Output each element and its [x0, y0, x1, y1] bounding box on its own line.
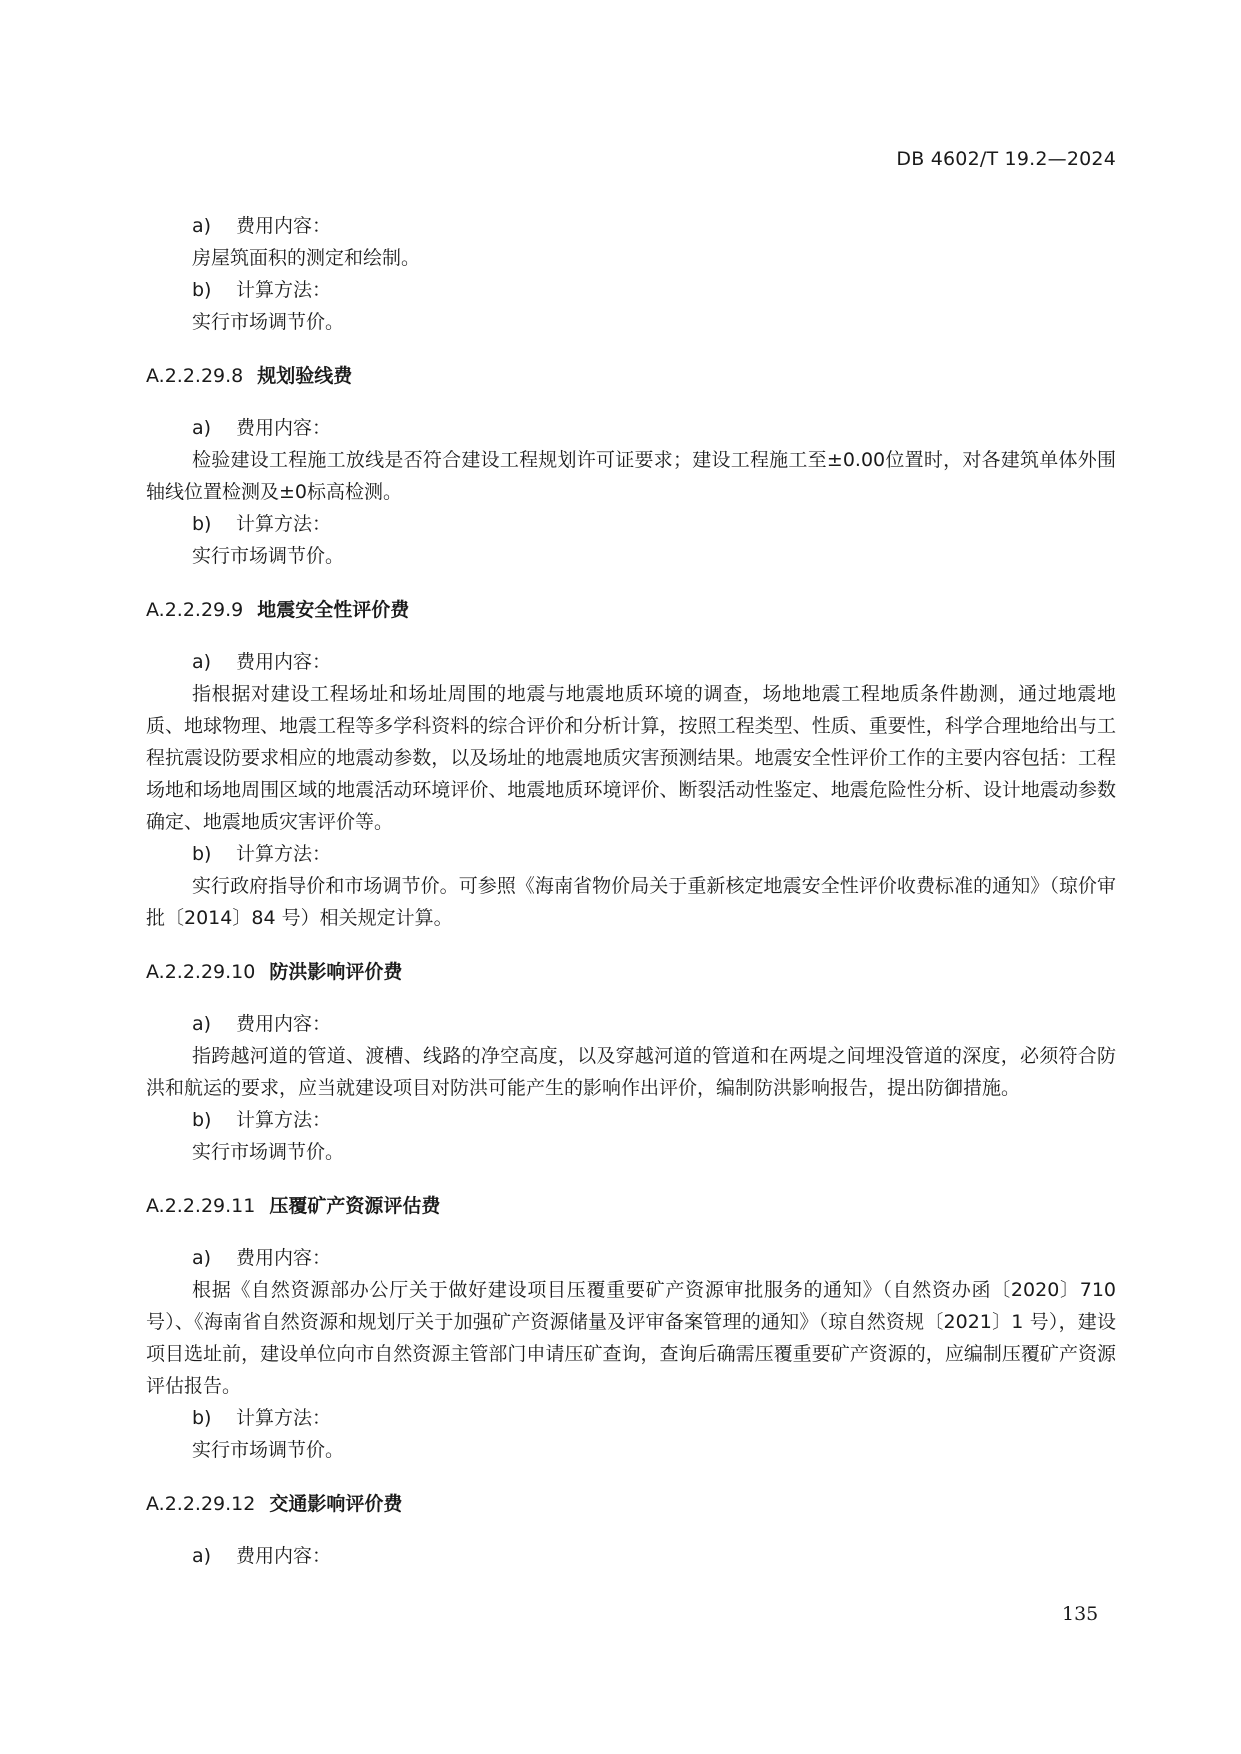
item-label: b)	[192, 1402, 236, 1434]
section-heading: A.2.2.29.11压覆矿产资源评估费	[146, 1190, 1116, 1222]
section-heading: A.2.2.29.10防洪影响评价费	[146, 956, 1116, 988]
item-label: b)	[192, 274, 236, 306]
section-title: 防洪影响评价费	[269, 961, 402, 983]
item-b-text: 实行市场调节价。	[146, 306, 1116, 338]
item-label: a)	[192, 1242, 236, 1274]
item-label: a)	[192, 1540, 236, 1572]
section-heading: A.2.2.29.8规划验线费	[146, 360, 1116, 392]
item-a-heading: a)费用内容：	[146, 412, 1116, 444]
item-title: 计算方法：	[236, 843, 331, 865]
item-a-heading: a)费用内容：	[146, 1540, 1116, 1572]
item-title: 计算方法：	[236, 1407, 331, 1429]
item-label: b)	[192, 508, 236, 540]
section-heading: A.2.2.29.9地震安全性评价费	[146, 594, 1116, 626]
item-a-heading: a)费用内容：	[146, 1008, 1116, 1040]
page-number: 135	[1062, 1603, 1098, 1625]
section-number: A.2.2.29.11	[146, 1190, 255, 1222]
section-title: 地震安全性评价费	[257, 599, 409, 621]
item-b-text: 实行政府指导价和市场调节价。可参照《海南省物价局关于重新核定地震安全性评价收费标…	[146, 870, 1116, 934]
item-b-text: 实行市场调节价。	[146, 1434, 1116, 1466]
item-b-text: 实行市场调节价。	[146, 1136, 1116, 1168]
item-a-text: 根据《自然资源部办公厅关于做好建设项目压覆重要矿产资源审批服务的通知》（自然资办…	[146, 1274, 1116, 1402]
item-label: a)	[192, 646, 236, 678]
item-a-text: 指根据对建设工程场址和场址周围的地震与地震地质环境的调查，场地地震工程地质条件勘…	[146, 678, 1116, 838]
item-a-heading: a)费用内容：	[146, 646, 1116, 678]
section-number: A.2.2.29.8	[146, 360, 243, 392]
document-code: DB 4602/T 19.2—2024	[896, 148, 1116, 170]
section-title: 压覆矿产资源评估费	[269, 1195, 440, 1217]
item-label: b)	[192, 1104, 236, 1136]
item-title: 费用内容：	[236, 1247, 331, 1269]
section-number: A.2.2.29.9	[146, 594, 243, 626]
item-title: 计算方法：	[236, 1109, 331, 1131]
section-title: 交通影响评价费	[269, 1493, 402, 1515]
item-title: 费用内容：	[236, 215, 331, 237]
item-b-heading: b)计算方法：	[146, 508, 1116, 540]
section-heading: A.2.2.29.12交通影响评价费	[146, 1488, 1116, 1520]
item-label: b)	[192, 838, 236, 870]
item-title: 费用内容：	[236, 1545, 331, 1567]
item-label: a)	[192, 1008, 236, 1040]
item-a-heading: a)费用内容：	[146, 1242, 1116, 1274]
item-b-text: 实行市场调节价。	[146, 540, 1116, 572]
item-b-heading: b)计算方法：	[146, 1104, 1116, 1136]
item-label: a)	[192, 412, 236, 444]
item-b-heading: b)计算方法：	[146, 274, 1116, 306]
item-a-heading: a)费用内容：	[146, 210, 1116, 242]
item-b-heading: b)计算方法：	[146, 838, 1116, 870]
section-number: A.2.2.29.10	[146, 956, 255, 988]
item-a-text: 检验建设工程施工放线是否符合建设工程规划许可证要求；建设工程施工至±0.00位置…	[146, 444, 1116, 508]
item-a-text: 房屋筑面积的测定和绘制。	[146, 242, 1116, 274]
item-title: 计算方法：	[236, 279, 331, 301]
item-b-heading: b)计算方法：	[146, 1402, 1116, 1434]
item-a-text: 指跨越河道的管道、渡槽、线路的净空高度，以及穿越河道的管道和在两堤之间埋没管道的…	[146, 1040, 1116, 1104]
section-title: 规划验线费	[257, 365, 352, 387]
item-title: 计算方法：	[236, 513, 331, 535]
item-label: a)	[192, 210, 236, 242]
page-content: a)费用内容： 房屋筑面积的测定和绘制。 b)计算方法： 实行市场调节价。 A.…	[146, 210, 1116, 1572]
item-title: 费用内容：	[236, 417, 331, 439]
item-title: 费用内容：	[236, 651, 331, 673]
item-title: 费用内容：	[236, 1013, 331, 1035]
section-number: A.2.2.29.12	[146, 1488, 255, 1520]
